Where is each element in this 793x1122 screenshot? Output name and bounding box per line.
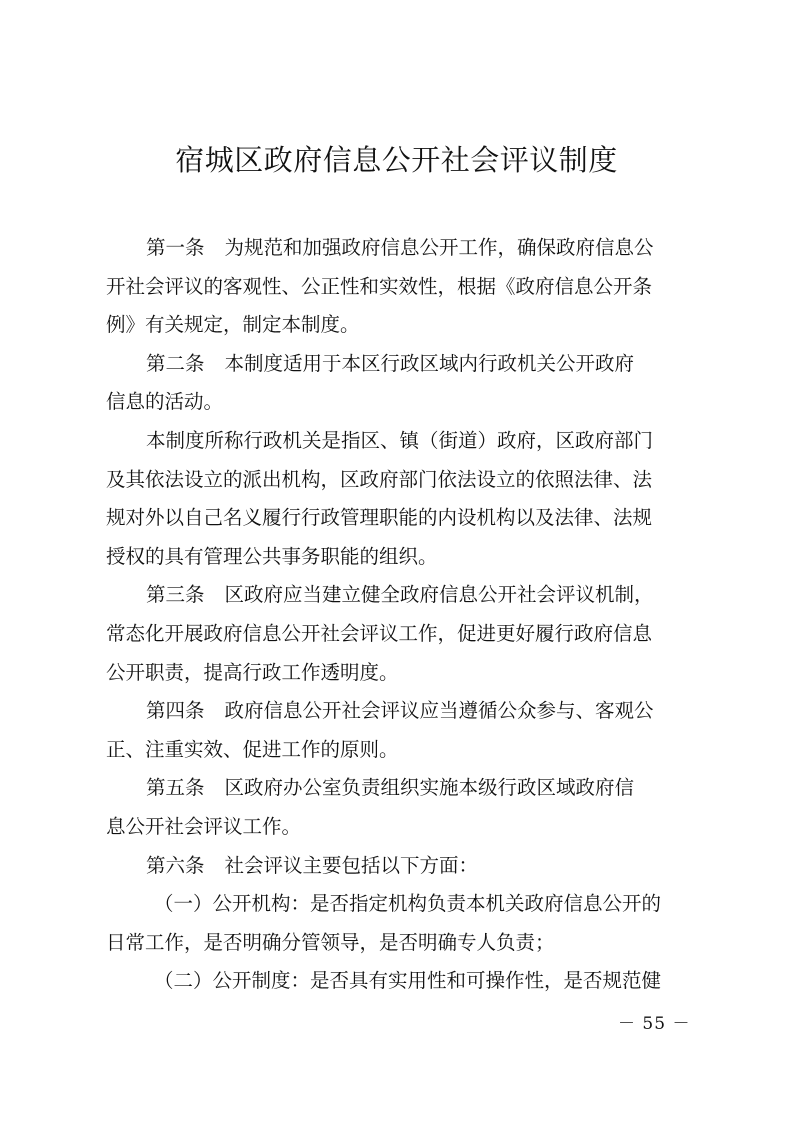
article-4-line-1: 第四条政府信息公开社会评议应当遵循公众参与、客观公 <box>106 692 692 731</box>
article-5-line-1: 第五条区政府办公室负责组织实施本级行政区域政府信 <box>106 769 692 808</box>
paragraph-line-2: 及其依法设立的派出机构，区政府部门依法设立的依照法律、法 <box>106 461 692 500</box>
article-text: 政府信息公开社会评议应当遵循公众参与、客观公 <box>225 699 654 722</box>
article-label: 第三条 <box>146 583 205 606</box>
article-label: 第一条 <box>146 236 205 259</box>
article-label: 第二条 <box>146 352 205 375</box>
article-1-line-2: 开社会评议的客观性、公正性和实效性，根据《政府信息公开条 <box>106 268 692 307</box>
article-2-line-1: 第二条本制度适用于本区行政区域内行政机关公开政府 <box>106 345 692 384</box>
item-2-line-1: （二）公开制度：是否具有实用性和可操作性，是否规范健 <box>106 962 692 1001</box>
document-title: 宿城区政府信息公开社会评议制度 <box>0 140 793 180</box>
article-1-line-3: 例》有关规定，制定本制度。 <box>106 306 692 345</box>
article-3-line-1: 第三条区政府应当建立健全政府信息公开社会评议机制， <box>106 576 692 615</box>
paragraph-line-4: 授权的具有管理公共事务职能的组织。 <box>106 538 692 577</box>
paragraph-line-3: 规对外以自己名义履行行政管理职能的内设机构以及法律、法规 <box>106 499 692 538</box>
page-number: － 55 － <box>618 1009 690 1034</box>
item-1-line-1: （一）公开机构：是否指定机构负责本机关政府信息公开的 <box>106 885 692 924</box>
article-label: 第六条 <box>146 854 205 877</box>
article-text: 社会评议主要包括以下方面： <box>225 854 479 877</box>
article-text: 区政府应当建立健全政府信息公开社会评议机制， <box>225 583 654 606</box>
article-text: 为规范和加强政府信息公开工作，确保政府信息公 <box>225 236 654 259</box>
item-1-line-2: 日常工作，是否明确分管领导，是否明确专人负责； <box>106 924 692 963</box>
article-text: 本制度适用于本区行政区域内行政机关公开政府 <box>225 352 635 375</box>
article-1-line-1: 第一条为规范和加强政府信息公开工作，确保政府信息公 <box>106 229 692 268</box>
article-2-line-2: 信息的活动。 <box>106 383 692 422</box>
article-text: 区政府办公室负责组织实施本级行政区域政府信 <box>225 776 635 799</box>
article-label: 第四条 <box>146 699 205 722</box>
article-label: 第五条 <box>146 776 205 799</box>
article-3-line-2: 常态化开展政府信息公开社会评议工作，促进更好履行政府信息 <box>106 615 692 654</box>
article-4-line-2: 正、注重实效、促进工作的原则。 <box>106 731 692 770</box>
document-body: 第一条为规范和加强政府信息公开工作，确保政府信息公 开社会评议的客观性、公正性和… <box>106 229 692 1001</box>
paragraph-line-1: 本制度所称行政机关是指区、镇（街道）政府，区政府部门 <box>106 422 692 461</box>
article-3-line-3: 公开职责，提高行政工作透明度。 <box>106 654 692 693</box>
article-6-line-1: 第六条社会评议主要包括以下方面： <box>106 847 692 886</box>
article-5-line-2: 息公开社会评议工作。 <box>106 808 692 847</box>
